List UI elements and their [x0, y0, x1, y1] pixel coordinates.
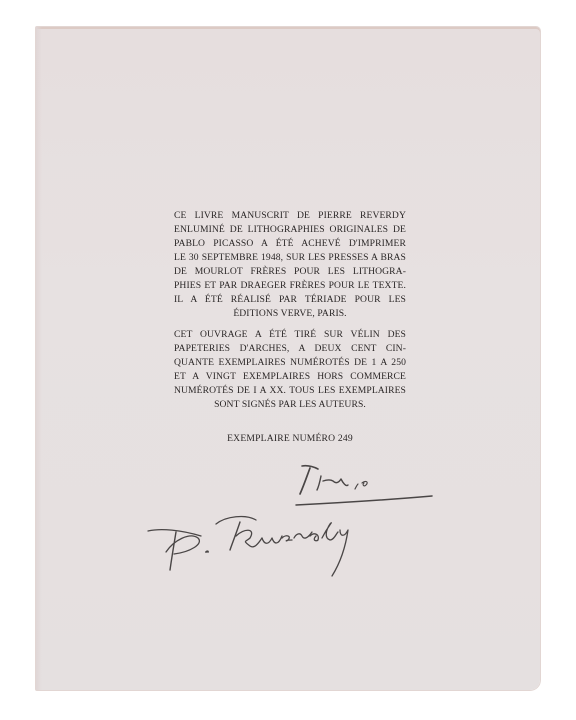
- text-line: ÉDITIONS VERVE, PARIS.: [174, 307, 406, 321]
- reverdy-signature-strokes: [146, 510, 376, 582]
- text-line: PAPETERIES D'ARCHES, A DEUX CENT CIN-: [174, 342, 406, 356]
- text-line: PABLO PICASSO A ÉTÉ ACHEVÉ D'IMPRIMER: [174, 237, 406, 251]
- colophon-text: CE LIVRE MANUSCRIT DE PIERRE REVERDY ENL…: [174, 209, 406, 412]
- text-line: PHIES ET PAR DRAEGER FRÈRES POUR LE TEXT…: [174, 279, 406, 293]
- text-line: CET OUVRAGE A ÉTÉ TIRÉ SUR VÉLIN DES: [174, 328, 406, 342]
- text-line: ET A VINGT EXEMPLAIRES HORS COMMERCE: [174, 370, 406, 384]
- colophon-page: CE LIVRE MANUSCRIT DE PIERRE REVERDY ENL…: [36, 27, 540, 690]
- colophon-paragraph-1: CE LIVRE MANUSCRIT DE PIERRE REVERDY ENL…: [174, 209, 406, 321]
- picasso-signature-strokes: [286, 459, 436, 509]
- colophon-paragraph-2: CET OUVRAGE A ÉTÉ TIRÉ SUR VÉLIN DES PAP…: [174, 328, 406, 412]
- text-line: CE LIVRE MANUSCRIT DE PIERRE REVERDY: [174, 209, 406, 223]
- text-line: LE 30 SEPTEMBRE 1948, SUR LES PRESSES A …: [174, 251, 406, 265]
- text-line: NUMÉROTÉS DE I A XX. TOUS LES EXEMPLAIRE…: [174, 384, 406, 398]
- text-line: ENLUMINÉ DE LITHOGRAPHIES ORIGINALES DE: [174, 223, 406, 237]
- text-line: IL A ÉTÉ RÉALISÉ PAR TÉRIADE POUR LES: [174, 293, 406, 307]
- text-line: QUANTE EXEMPLAIRES NUMÉROTÉS DE 1 A 250: [174, 356, 406, 370]
- text-line: DE MOURLOT FRÈRES POUR LES LITHOGRA-: [174, 265, 406, 279]
- exemplaire-number: EXEMPLAIRE NUMÉRO 249: [174, 433, 406, 444]
- text-line: SONT SIGNÉS PAR LES AUTEURS.: [174, 398, 406, 412]
- signature-picasso: [286, 459, 436, 509]
- signature-reverdy: [146, 510, 376, 582]
